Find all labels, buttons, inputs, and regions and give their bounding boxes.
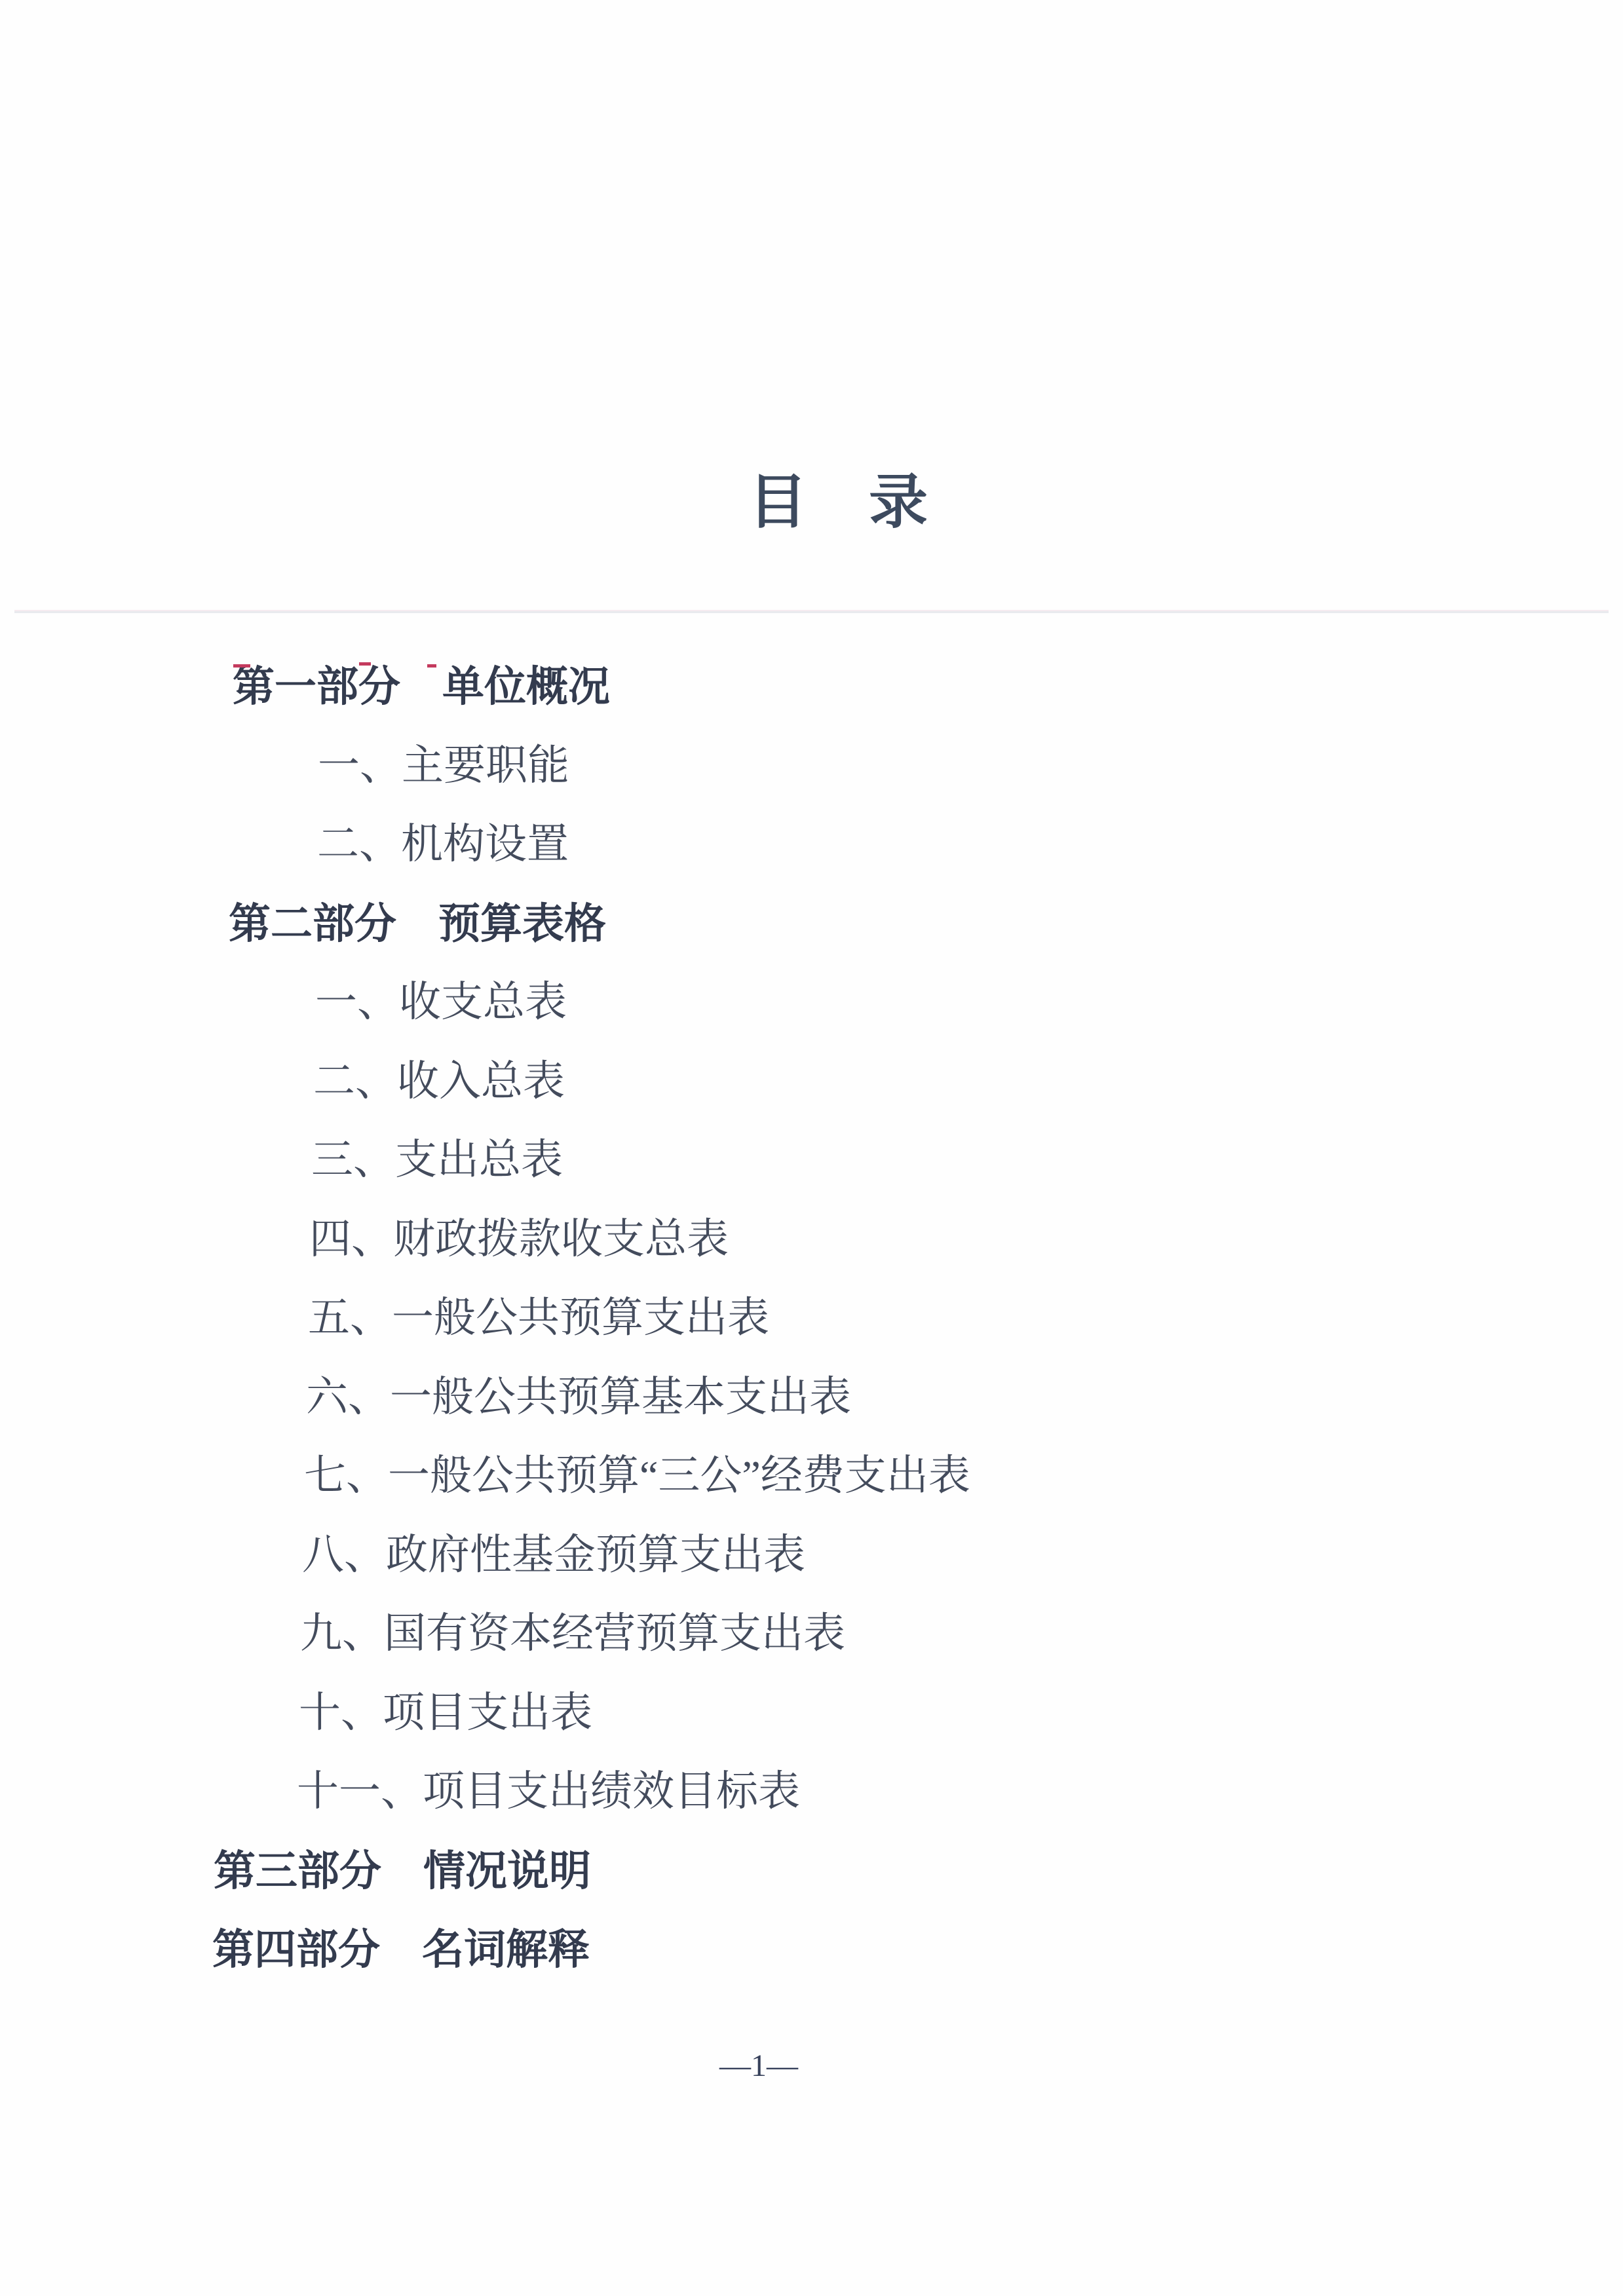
toc-item-2-9: 九、国有资本经营预算支出表 [300,1613,845,1655]
toc-item-2-5: 五、一般公共预算支出表 [308,1297,769,1339]
document-page: 目 录 第一部分 单位概况 一、主要职能 二、机构设置 第二部分 预算表格 一、… [0,0,1623,2296]
toc-item-2-11: 十一、项目支出绩效目标表 [297,1771,800,1813]
page-number: —1— [719,2050,798,2082]
toc-item-2-10: 十、项目支出表 [299,1692,592,1734]
toc-item-2-6: 六、一般公共预算基本支出表 [306,1376,851,1418]
toc-item-1-2: 二、机构设置 [317,823,569,865]
scan-speck [427,664,436,668]
toc-item-2-2: 二、收入总表 [313,1061,565,1102]
toc-item-1-1: 一、主要职能 [318,745,569,787]
toc-item-2-1: 一、收支总表 [315,981,567,1023]
scan-speck [359,662,371,666]
scan-speck [233,664,250,668]
toc-item-2-3: 三、支出总表 [311,1139,563,1181]
divider-line [14,610,1609,613]
toc-part-3: 第三部分 情况说明 [214,1850,591,1892]
toc-item-2-8: 八、政府性基金预算支出表 [302,1534,805,1576]
page-title: 目 录 [748,473,929,532]
toc-part-1: 第一部分 单位概况 [233,666,610,707]
toc-part-2: 第二部分 预算表格 [229,903,606,945]
toc-part-4: 第四部分 名词解释 [212,1929,590,1970]
toc-item-2-4: 四、财政拨款收支总表 [309,1218,729,1260]
toc-item-2-7: 七、一般公共预算“三公”经费支出表 [304,1455,970,1497]
